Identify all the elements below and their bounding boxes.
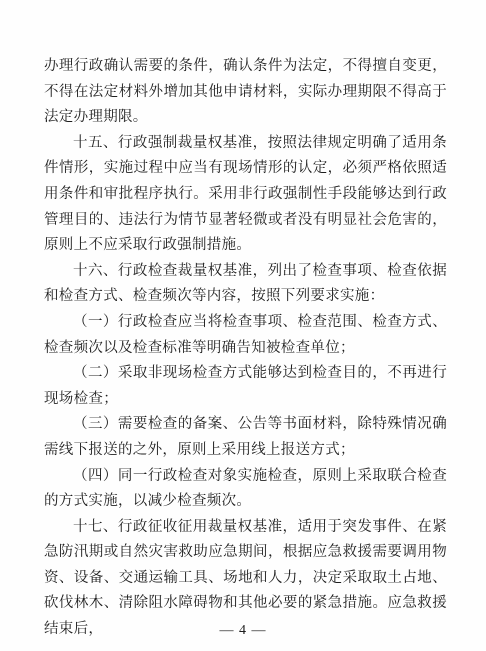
paragraph: 办理行政确认需要的条件，确认条件为法定，不得擅自变更，不得在法定材料外增加其他申… — [44, 54, 447, 131]
paragraph: 十五、行政强制裁量权基准，按照法律规定明确了适用条件情形，实施过程中应当有现场情… — [44, 131, 447, 259]
paragraph: （四）同一行政检查对象实施检查，原则上采取联合检查的方式实施，以减少检查频次。 — [44, 464, 447, 515]
paragraph: 十六、行政检查裁量权基准，列出了检查事项、检查依据和检查方式、检查频次等内容，按… — [44, 259, 447, 310]
paragraph: （一）行政检查应当将检查事项、检查范围、检查方式、检查频次以及检查标准等明确告知… — [44, 310, 447, 361]
document-page: 办理行政确认需要的条件，确认条件为法定，不得擅自变更，不得在法定材料外增加其他申… — [0, 0, 486, 651]
page-footer: — 4 — — [0, 623, 486, 639]
page-number: — 4 — — [220, 623, 267, 638]
document-body: 办理行政确认需要的条件，确认条件为法定，不得擅自变更，不得在法定材料外增加其他申… — [44, 54, 447, 643]
paragraph: （二）采取非现场检查方式能够达到检查目的，不再进行现场检查； — [44, 361, 447, 412]
paragraph: （三）需要检查的备案、公告等书面材料，除特殊情况确需线下报送的之外，原则上采用线… — [44, 412, 447, 463]
